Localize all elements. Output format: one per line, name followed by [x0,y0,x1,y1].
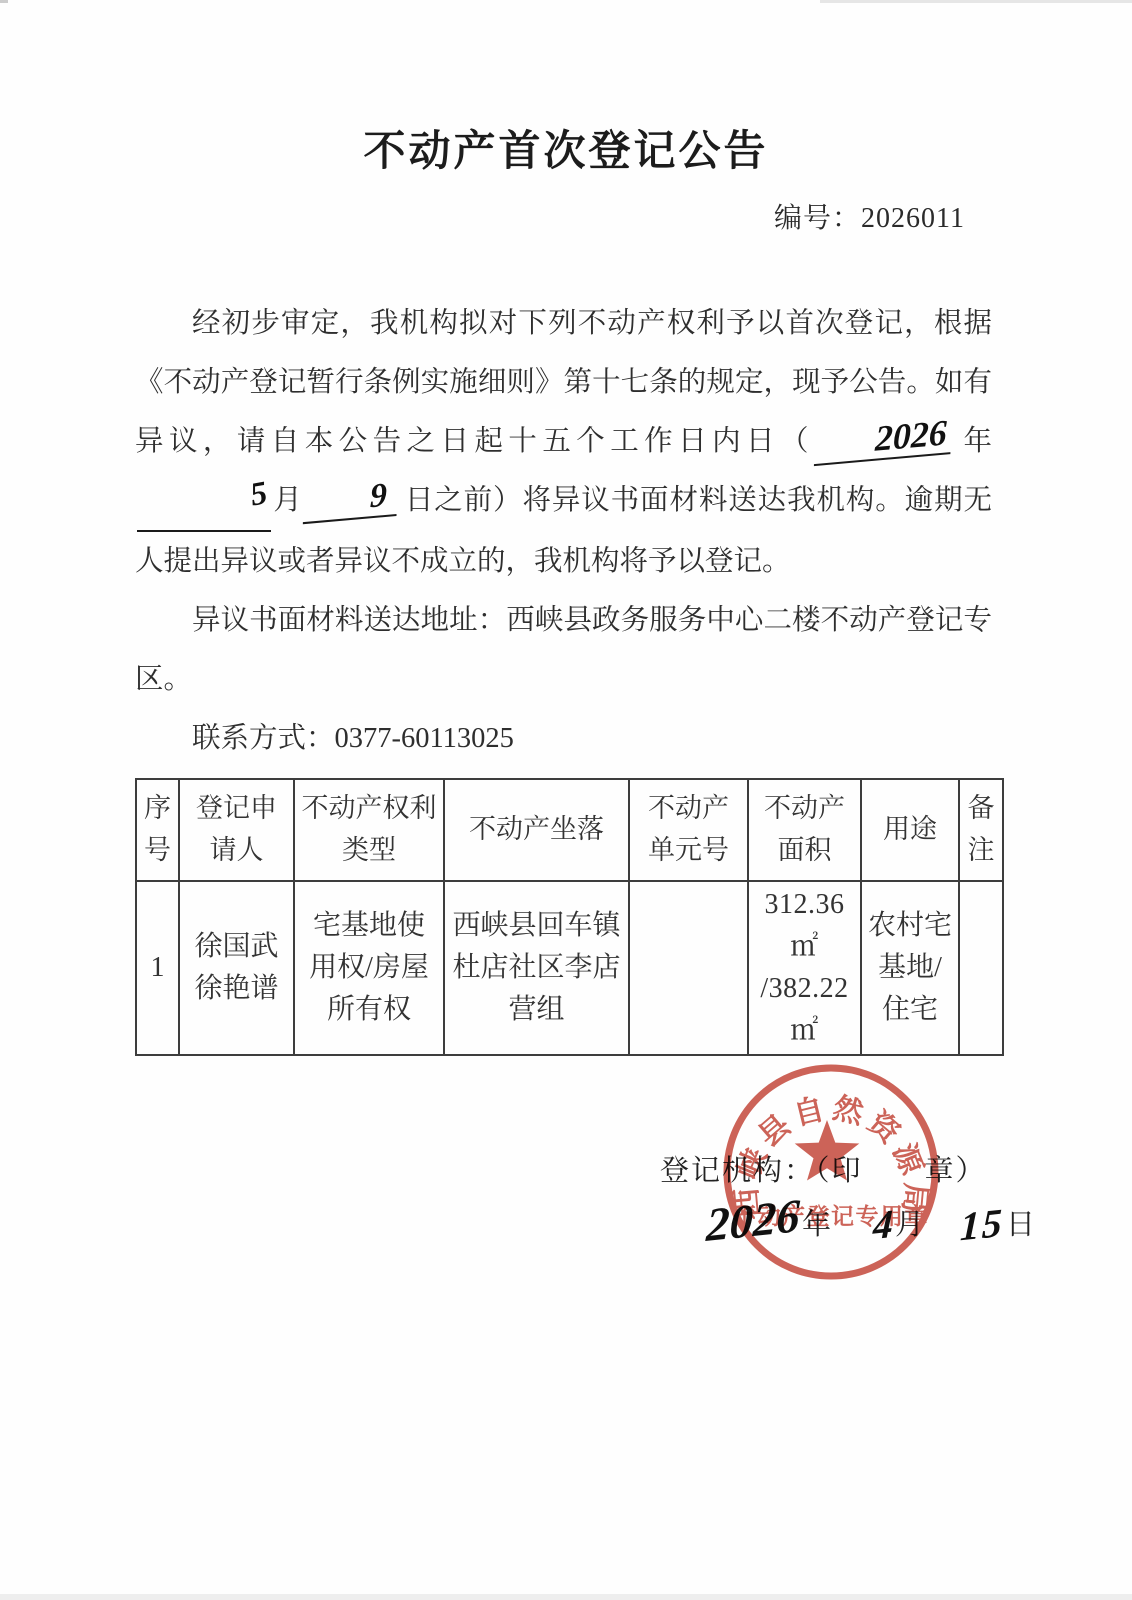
header-location: 不动产坐落 [444,779,629,881]
cell-usage: 农村宅基地/住宅 [861,881,959,1055]
cell-unit-no [629,881,748,1055]
handwritten-year: 2026 [814,414,951,466]
month-blank-underline: 5 [137,471,271,532]
header-usage: 用途 [861,779,959,881]
cell-remarks [959,881,1003,1055]
handwritten-month: 5 [192,477,273,523]
header-remarks: 备注 [959,779,1003,881]
cell-right-type: 宅基地使用权/房屋所有权 [294,881,444,1055]
doc-number: 编号：2026011 [0,196,965,236]
official-stamp: 西峡县自然资源局 不动产登记专用章 [699,1040,963,1304]
header-area: 不动产面积 [748,779,861,881]
page-title: 不动产首次登记公告 [0,118,1132,178]
footer-day-unit: 日 [1006,1206,1035,1245]
header-seq: 序号 [136,779,179,881]
paragraph-contact: 联系方式：0377-60113025 [135,709,992,768]
p1-day-unit: 日 [397,485,434,516]
body-text: 经初步审定，我机构拟对下列不动产权利予以首次登记，根据《不动产登记暂行条例实施细… [135,294,992,768]
cell-location: 西峡县回车镇杜店社区李店营组 [444,881,629,1055]
document-page: 不动产首次登记公告 编号：2026011 经初步审定，我机构拟对下列不动产权利予… [0,0,1132,1600]
paragraph-address: 异议书面材料送达地址：西峡县政务服务中心二楼不动产登记专区。 [135,591,992,709]
handwritten-day: 9 [303,478,397,524]
cell-seq: 1 [136,881,179,1055]
p1-month-unit: 月 [273,485,303,516]
table-header-row: 序号 登记申请人 不动产权利类型 不动产坐落 不动产单元号 不动产面积 用途 备… [136,779,1003,881]
handwritten-footer-day: 15 [959,1203,1004,1248]
cell-applicant: 徐国武 徐艳谱 [179,881,294,1055]
paragraph-main: 经初步审定，我机构拟对下列不动产权利予以首次登记，根据《不动产登记暂行条例实施细… [135,294,992,591]
registration-table: 序号 登记申请人 不动产权利类型 不动产坐落 不动产单元号 不动产面积 用途 备… [135,778,1004,1056]
p1-year-unit: 年 [951,426,992,457]
header-unit-no: 不动产单元号 [629,779,748,881]
header-right-type: 不动产权利类型 [294,779,444,881]
header-applicant: 登记申请人 [179,779,294,881]
stamp-center-text: 不动产登记专用章 [733,1203,929,1229]
cell-area: 312.36㎡ /382.22 ㎡ [748,881,861,1055]
table-row: 1 徐国武 徐艳谱 宅基地使用权/房屋所有权 西峡县回车镇杜店社区李店营组 31… [136,881,1003,1055]
